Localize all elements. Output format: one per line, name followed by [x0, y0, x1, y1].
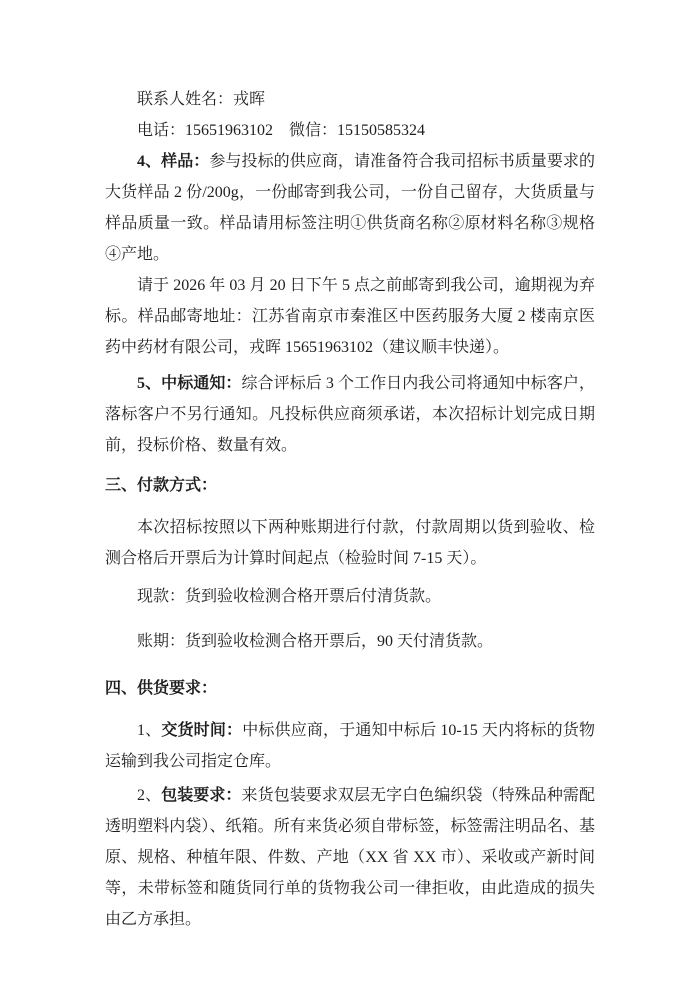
text-run: 2、: [137, 787, 161, 804]
paragraph-clause-1-delivery-time: 1、交货时间：中标供应商，于通知中标后 10-15 天内将标的货物运输到我公司指…: [105, 715, 595, 777]
paragraph-heading-3-payment-method: 三、付款方式：: [105, 470, 595, 501]
paragraph-payment-terms-intro: 本次招标按照以下两种账期进行付款，付款周期以货到验收、检测合格后开票后为计算时间…: [105, 512, 595, 574]
bold-text-run: 包装要求：: [161, 787, 241, 804]
text-run: 请于 2026 年 03 月 20 日下午 5 点之前邮寄到我公司，逾期视为弃标…: [105, 277, 595, 356]
bold-text-run: 交货时间：: [161, 722, 242, 739]
paragraph-contact-phone-wechat: 电话：15651963102 微信：15150585324: [105, 115, 595, 146]
text-run: 1、: [137, 722, 161, 739]
document-body: 联系人姓名：戎晖电话：15651963102 微信：151505853244、样…: [0, 0, 700, 935]
paragraph-clause-5-award-notice: 5、中标通知：综合评标后 3 个工作日内我公司将通知中标客户，落标客户不另行通知…: [105, 368, 595, 461]
paragraph-clause-2-packaging-requirements: 2、包装要求：来货包装要求双层无字白色编织袋（特殊品种需配透明塑料内袋）、纸箱。…: [105, 780, 595, 935]
paragraph-contact-name: 联系人姓名：戎晖: [105, 84, 595, 115]
bold-text-run: 4、样品：: [137, 153, 209, 170]
bold-text-run: 四、供货要求：: [105, 680, 217, 697]
document-page: 联系人姓名：戎晖电话：15651963102 微信：151505853244、样…: [0, 0, 700, 989]
text-run: 电话：15651963102 微信：15150585324: [137, 122, 425, 139]
paragraph-sample-mailing-deadline: 请于 2026 年 03 月 20 日下午 5 点之前邮寄到我公司，逾期视为弃标…: [105, 270, 595, 363]
text-run: 来货包装要求双层无字白色编织袋（特殊品种需配透明塑料内袋）、纸箱。所有来货必须自…: [105, 787, 595, 928]
paragraph-payment-credit-90-days: 账期：货到验收检测合格开票后，90 天付清货款。: [105, 626, 595, 657]
paragraph-clause-4-sample: 4、样品：参与投标的供应商，请准备符合我司招标书质量要求的大货样品 2 份/20…: [105, 146, 595, 270]
text-run: 联系人姓名：戎晖: [137, 91, 265, 108]
bold-text-run: 5、中标通知：: [137, 375, 241, 392]
text-run: 账期：货到验收检测合格开票后，90 天付清货款。: [137, 633, 493, 650]
paragraph-payment-cash: 现款：货到验收检测合格开票后付清货款。: [105, 581, 595, 612]
text-run: 现款：货到验收检测合格开票后付清货款。: [137, 588, 441, 605]
paragraph-heading-4-supply-requirements: 四、供货要求：: [105, 673, 595, 704]
text-run: 本次招标按照以下两种账期进行付款，付款周期以货到验收、检测合格后开票后为计算时间…: [105, 519, 595, 567]
bold-text-run: 三、付款方式：: [105, 477, 217, 494]
